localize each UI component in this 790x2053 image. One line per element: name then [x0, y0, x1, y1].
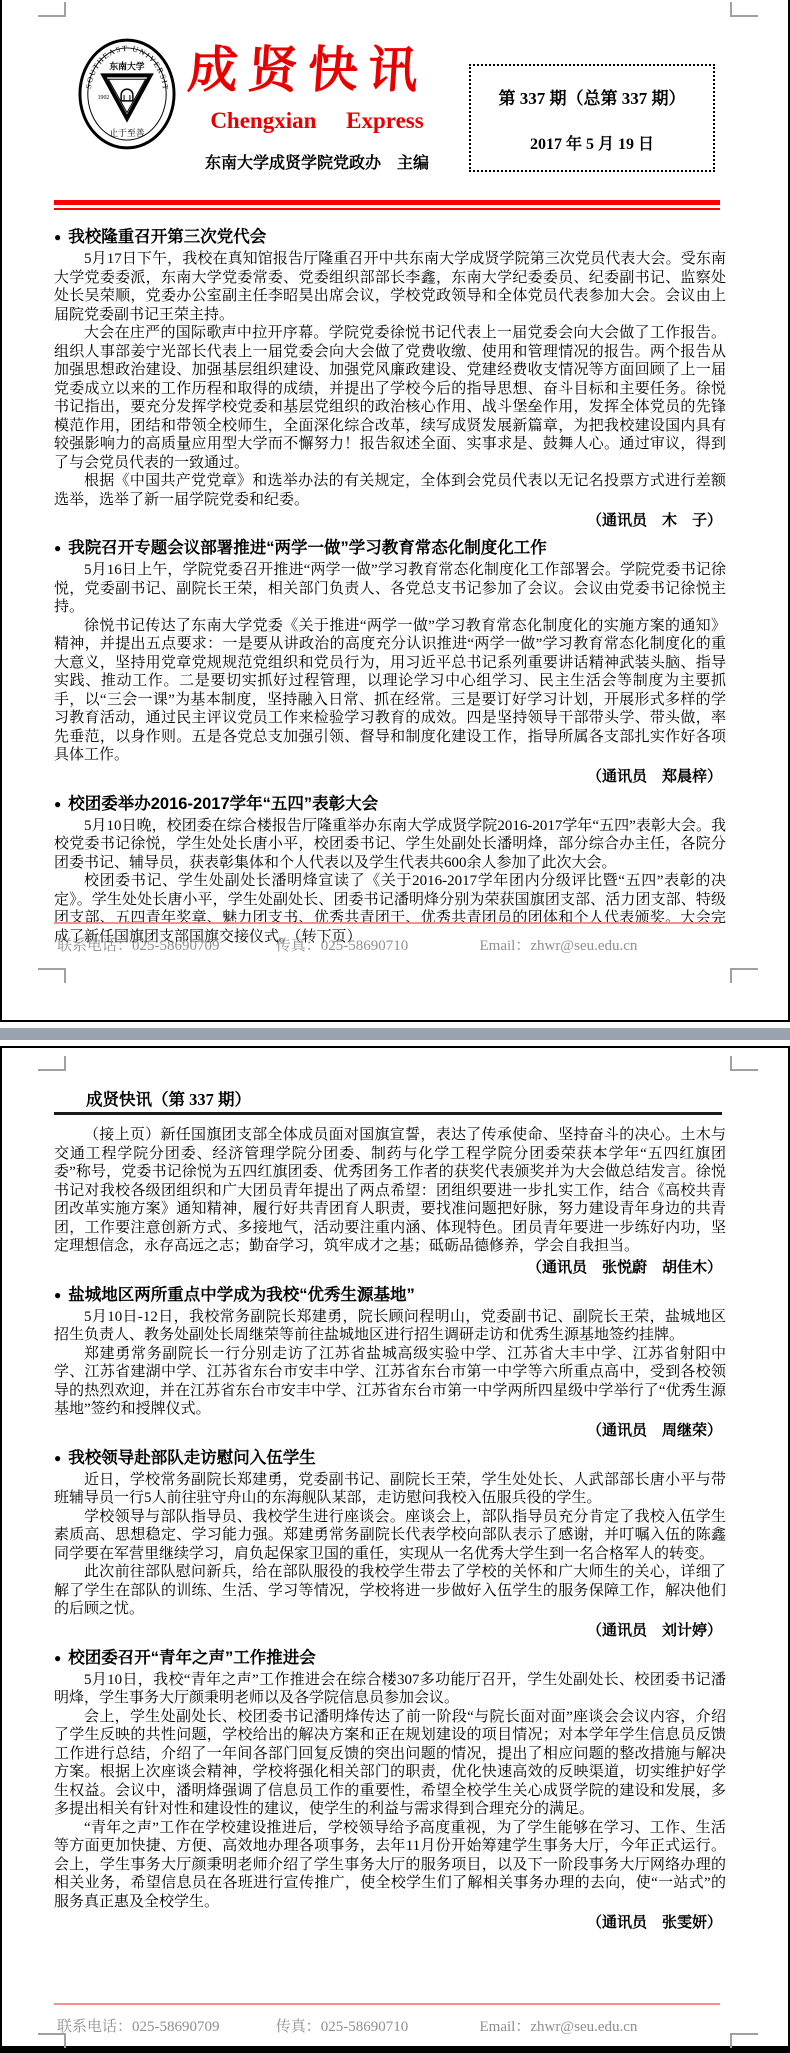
page2-head-rule: [54, 1112, 722, 1115]
articles-page1: ●我校隆重召开第三次党代会5月17日下午，我校在真知馆报告厅隆重召开中共东南大学…: [54, 220, 726, 946]
page-footer: 联系电话：025-58690709 传真：025-58690710 Email：…: [57, 2015, 727, 2036]
correspondent-signature: （通讯员 周继荣）: [54, 1421, 722, 1441]
newsletter-title-en: Chengxian Express: [192, 108, 442, 134]
margin-corner-mark: [730, 968, 758, 983]
paragraph: 5月10日-12日，我校常务副院长郑建勇，院长顾问程明山，党委副书记、副院长王荣…: [54, 1308, 726, 1345]
article: ●校团委召开“青年之声”工作推进会5月10日，我校“青年之声”工作推进会在综合楼…: [54, 1648, 726, 1934]
masthead-divider-thick: [54, 200, 720, 205]
footer-email: Email：zhwr@seu.edu.cn: [480, 2015, 638, 2036]
margin-corner-mark: [730, 1056, 758, 1071]
university-seal-logo: SOUTHEAST UNIVERSITY 东南大学 1902 止于至善: [78, 38, 176, 150]
article-title: ●我校隆重召开第三次党代会: [54, 227, 726, 247]
footer-divider: [54, 922, 720, 924]
correspondent-signature: （通讯员 木 子）: [54, 511, 722, 531]
footer-phone: 联系电话：025-58690709: [57, 934, 272, 955]
seal-motto: 止于至善: [109, 127, 144, 138]
bullet-icon: ●: [54, 541, 61, 555]
page2-running-head: 成贤快讯（第 337 期）: [86, 1086, 251, 1110]
article: （接上页）新任国旗团支部全体成员面对国旗宣誓，表达了传承使命、坚持奋斗的决心。土…: [54, 1126, 726, 1278]
footer-email: Email：zhwr@seu.edu.cn: [480, 934, 638, 955]
margin-corner-mark: [730, 2033, 758, 2048]
article-title: ●校团委召开“青年之声”工作推进会: [54, 1648, 726, 1668]
article-title: ●我校领导赴部队走访慰问入伍学生: [54, 1448, 726, 1468]
correspondent-signature: （通讯员 郑晨梓）: [54, 767, 722, 787]
masthead-divider-thin: [54, 208, 720, 210]
article: ●我校隆重召开第三次党代会5月17日下午，我校在真知馆报告厅隆重召开中共东南大学…: [54, 227, 726, 531]
publisher-line: 东南大学成贤学院党政办 主编: [184, 150, 450, 173]
newsletter-page-2: 成贤快讯（第 337 期） （接上页）新任国旗团支部全体成员面对国旗宣誓，表达了…: [0, 1046, 790, 2053]
newsletter-page-1: SOUTHEAST UNIVERSITY 东南大学 1902 止于至善 成贤快讯…: [0, 0, 790, 1022]
paragraph: 郑建勇常务副院长一行分别走访了江苏省盐城高级实验中学、江苏省大丰中学、江苏省射阳…: [54, 1345, 726, 1419]
paragraph: 5月10日晚，校团委在综合楼报告厅隆重举办东南大学成贤学院2016-2017学年…: [54, 817, 726, 873]
paragraph: 徐悦书记传达了东南大学党委《关于推进“两学一做”学习教育常态化制度化的实施方案的…: [54, 617, 726, 765]
bullet-icon: ●: [54, 1651, 61, 1665]
page-footer: 联系电话：025-58690709 传真：025-58690710 Email：…: [57, 934, 727, 955]
paragraph: 近日，学校常务副院长郑建勇，党委副书记、副院长王荣，学生处处长、人武部部长唐小平…: [54, 1471, 726, 1508]
footer-phone: 联系电话：025-58690709: [57, 2015, 272, 2036]
page-gap-band: [0, 1028, 790, 1040]
article: ●我院召开专题会议部署推进“两学一做”学习教育常态化制度化工作5月16日上午，学…: [54, 538, 726, 787]
margin-corner-mark: [38, 1056, 66, 1071]
article-title: ●盐城地区两所重点中学成为我校“优秀生源基地”: [54, 1285, 726, 1305]
seal-cn-name: 东南大学: [109, 61, 144, 72]
paragraph: 大会在庄严的国际歌声中拉开序幕。学院党委徐悦书记代表上一届党委会向大会做了工作报…: [54, 324, 726, 472]
correspondent-signature: （通讯员 张雯妍）: [54, 1913, 722, 1933]
correspondent-signature: （通讯员 刘计婷）: [54, 1621, 722, 1641]
footer-fax: 传真：025-58690710: [276, 2015, 476, 2036]
margin-corner-mark: [38, 2, 66, 17]
paragraph: （接上页）新任国旗团支部全体成员面对国旗宣誓，表达了传承使命、坚持奋斗的决心。土…: [54, 1126, 726, 1256]
paragraph: 学校领导与部队指导员、我校学生进行座谈会。座谈会上，部队指导员充分肯定了我校入伍…: [54, 1508, 726, 1564]
paragraph: 会上，学生处副处长、校团委书记潘明烽传达了前一阶段“与院长面对面”座谈会会议内容…: [54, 1708, 726, 1819]
issue-box: 第 337 期（总第 337 期） 2017 年 5 月 19 日: [469, 64, 715, 172]
footer-divider: [54, 2003, 720, 2005]
articles-page2: （接上页）新任国旗团支部全体成员面对国旗宣誓，表达了传承使命、坚持奋斗的决心。土…: [54, 1126, 726, 1936]
bullet-icon: ●: [54, 1288, 61, 1302]
issue-number: 第 337 期（总第 337 期）: [471, 84, 713, 109]
paragraph: 根据《中国共产党党章》和选举办法的有关规定，全体到会党员代表以无记名投票方式进行…: [54, 472, 726, 509]
article-title: ●我院召开专题会议部署推进“两学一做”学习教育常态化制度化工作: [54, 538, 726, 558]
article: ●盐城地区两所重点中学成为我校“优秀生源基地”5月10日-12日，我校常务副院长…: [54, 1285, 726, 1441]
issue-date: 2017 年 5 月 19 日: [471, 131, 713, 154]
seal-year: 1902: [98, 95, 110, 101]
footer-fax: 传真：025-58690710: [276, 934, 476, 955]
bullet-icon: ●: [54, 1451, 61, 1465]
paragraph: 5月16日上午，学院党委召开推进“两学一做”学习教育常态化制度化工作部署会。学院…: [54, 561, 726, 617]
paragraph: 5月10日，我校“青年之声”工作推进会在综合楼307多功能厅召开，学生处副处长、…: [54, 1671, 726, 1708]
margin-corner-mark: [730, 2, 758, 17]
paragraph: “青年之声”工作在学校建设推进后，学校领导给予高度重视，为了学生能够在学习、工作…: [54, 1819, 726, 1912]
paragraph: 此次前往部队慰问新兵，给在部队服役的我校学生带去了学校的关怀和广大师生的关心，详…: [54, 1563, 726, 1619]
paragraph: 5月17日下午，我校在真知馆报告厅隆重召开中共东南大学成贤学院第三次党员代表大会…: [54, 250, 726, 324]
bullet-icon: ●: [54, 797, 61, 811]
article-title: ●校团委举办2016-2017学年“五四”表彰大会: [54, 794, 726, 814]
article: ●我校领导赴部队走访慰问入伍学生近日，学校常务副院长郑建勇，党委副书记、副院长王…: [54, 1448, 726, 1641]
correspondent-signature: （通讯员 张悦蔚 胡佳木）: [54, 1258, 722, 1278]
bullet-icon: ●: [54, 230, 61, 244]
newsletter-title-cn: 成贤快讯: [186, 40, 452, 100]
margin-corner-mark: [38, 968, 66, 983]
